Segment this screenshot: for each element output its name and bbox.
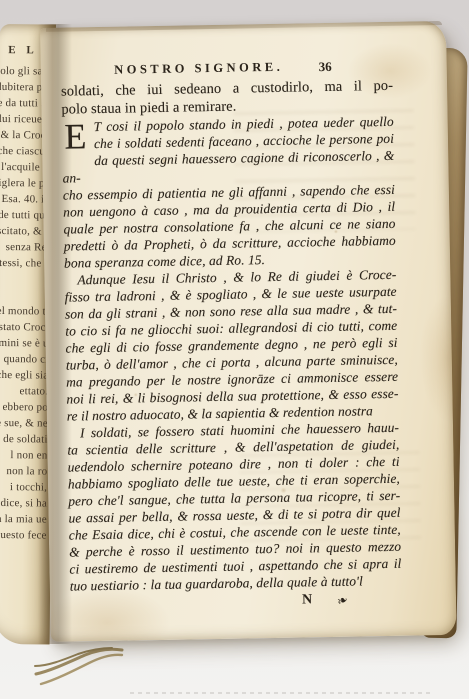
text-line: te sue, & ne — [0, 415, 48, 432]
text-line: , che egli sia — [0, 367, 48, 384]
text-line: del mondo ti — [0, 303, 49, 320]
dropcap-initial-E: E — [62, 120, 90, 153]
text-line: e stato Croci — [0, 319, 49, 336]
text-line: ne dice, si ha — [0, 495, 47, 512]
paragraph-adunque: Adunque Iesu il Christo , & lo Re di giu… — [64, 266, 399, 425]
text-line — [0, 271, 49, 288]
book-photograph: E L titolo gli sarasi dubitera piùente d… — [0, 0, 469, 699]
text-line: i tocchi, — [0, 479, 47, 496]
text-line: l non en — [0, 447, 48, 464]
text-line: questo fece — [0, 527, 47, 544]
running-header: NOSTRO SIGNORE. — [95, 59, 303, 78]
text-line: da questi segni hauessero cagione di ric… — [62, 147, 395, 187]
text-line: ra la mia ue — [0, 511, 47, 528]
text-line: za, quando ci — [0, 351, 49, 368]
paragraph-i-soldati: I soldati, se fossero stati huomini che … — [67, 419, 402, 595]
fleuron-ornament-icon: ❧ — [335, 591, 351, 610]
text-line — [0, 287, 49, 304]
text-line: amini se è u — [0, 335, 49, 352]
dried-sprig — [32, 642, 124, 690]
page-number: 36 — [319, 59, 332, 75]
text-line: senza Re, — [0, 239, 50, 256]
text-line: o de soldati — [0, 431, 48, 448]
text-line: non la ro — [0, 463, 47, 480]
page-header-row: NOSTRO SIGNORE. 36 — [61, 58, 393, 81]
text-line: ebbero po — [0, 399, 48, 416]
signature-mark: N — [302, 592, 312, 608]
text-line: scitato, & a — [0, 223, 50, 240]
text-line: stessi, che è — [0, 255, 50, 272]
page-text-block: NOSTRO SIGNORE. 36 soldati, che iui sede… — [61, 58, 403, 617]
paragraph-continuation: soldati, che iui sedeano a custodirlo, m… — [61, 78, 394, 119]
text-line: ettato. — [0, 383, 48, 400]
backdrop-seam — [130, 692, 433, 694]
paragraph-et-cosi: E T cosi il popolo stando in piedi , pot… — [62, 113, 397, 272]
book-page: NOSTRO SIGNORE. 36 soldati, che iui sede… — [40, 21, 457, 642]
signature-row: N ❧ — [70, 591, 402, 617]
